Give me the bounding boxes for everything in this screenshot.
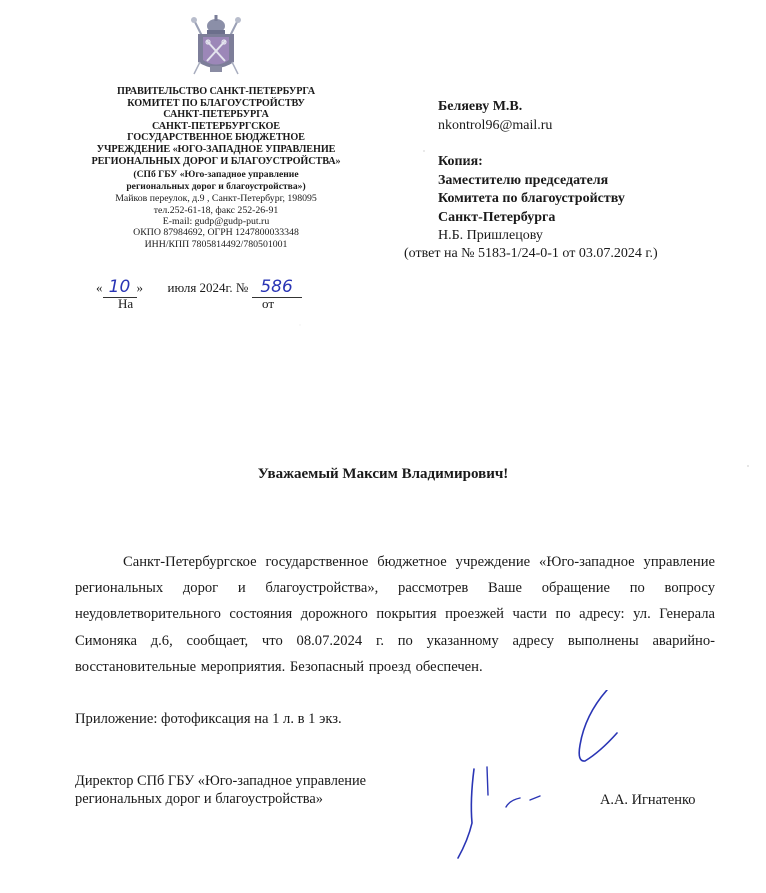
- short-name-line: региональных дорог и благоустройства»): [70, 181, 362, 193]
- close-quote: »: [137, 280, 144, 295]
- okpo-ogrn-line: ОКПО 87984692, ОГРН 1247800033348: [70, 227, 362, 238]
- coat-of-arms-icon: [188, 14, 244, 78]
- signatory-title: Директор СПб ГБУ «Юго-западное управлени…: [75, 772, 366, 808]
- address-line: Майков переулок, д.9 , Санкт-Петербург, …: [70, 193, 362, 204]
- short-name-line: (СПб ГБУ «Юго-западное управление: [70, 169, 362, 181]
- handwritten-signature-icon: [440, 690, 640, 890]
- letter-body: Санкт-Петербургское государственное бюдж…: [75, 549, 715, 680]
- signatory-title-line: Директор СПб ГБУ «Юго-западное управлени…: [75, 772, 366, 790]
- letterhead: ПРАВИТЕЛЬСТВО САНКТ-ПЕТЕРБУРГА КОМИТЕТ П…: [70, 86, 362, 250]
- letterhead-line: КОМИТЕТ ПО БЛАГОУСТРОЙСТВУ: [70, 98, 362, 110]
- recipient-name: Беляеву М.В.: [438, 98, 625, 117]
- copy-person: Н.Б. Пришлецову: [438, 227, 625, 246]
- copy-line: Санкт-Петербурга: [438, 209, 625, 228]
- signatory-title-line: региональных дорог и благоустройства»: [75, 790, 366, 808]
- copy-label: Копия:: [438, 153, 625, 172]
- ot-label: от: [262, 296, 274, 312]
- letterhead-line: САНКТ-ПЕТЕРБУРГСКОЕ: [70, 121, 362, 133]
- recipient-email: nkontrol96@mail.ru: [438, 117, 625, 136]
- letterhead-line: ГОСУДАРСТВЕННОЕ БЮДЖЕТНОЕ: [70, 132, 362, 144]
- letterhead-line: РЕГИОНАЛЬНЫХ ДОРОГ И БЛАГОУСТРОЙСТВА»: [70, 156, 362, 168]
- attachment-note: Приложение: фотофиксация на 1 л. в 1 экз…: [75, 711, 342, 728]
- letterhead-line: САНКТ-ПЕТЕРБУРГА: [70, 109, 362, 121]
- phone-line: тел.252-61-18, факс 252-26-91: [70, 205, 362, 216]
- letterhead-line: ПРАВИТЕЛЬСТВО САНКТ-ПЕТЕРБУРГА: [70, 86, 362, 98]
- na-label: На: [118, 296, 133, 312]
- outgoing-date-number: «10» июля 2024г. № 586: [96, 277, 302, 298]
- greeting: Уважаемый Максим Владимирович!: [0, 466, 766, 483]
- inn-kpp-line: ИНН/КПП 7805814492/780501001: [70, 239, 362, 250]
- handwritten-day: 10: [109, 277, 131, 297]
- copy-line: Комитета по благоустройству: [438, 190, 625, 209]
- copy-line: Заместителю председателя: [438, 172, 625, 191]
- letterhead-line: УЧРЕЖДЕНИЕ «ЮГО-ЗАПАДНОЕ УПРАВЛЕНИЕ: [70, 144, 362, 156]
- recipient-block: Беляеву М.В. nkontrol96@mail.ru Копия: З…: [438, 98, 625, 246]
- reference-line: (ответ на № 5183-1/24-0-1 от 03.07.2024 …: [404, 246, 658, 262]
- email-line: E-mail: gudp@gudp-put.ru: [70, 216, 362, 227]
- month-year-label: июля 2024г. №: [168, 280, 249, 295]
- handwritten-number: 586: [260, 277, 292, 297]
